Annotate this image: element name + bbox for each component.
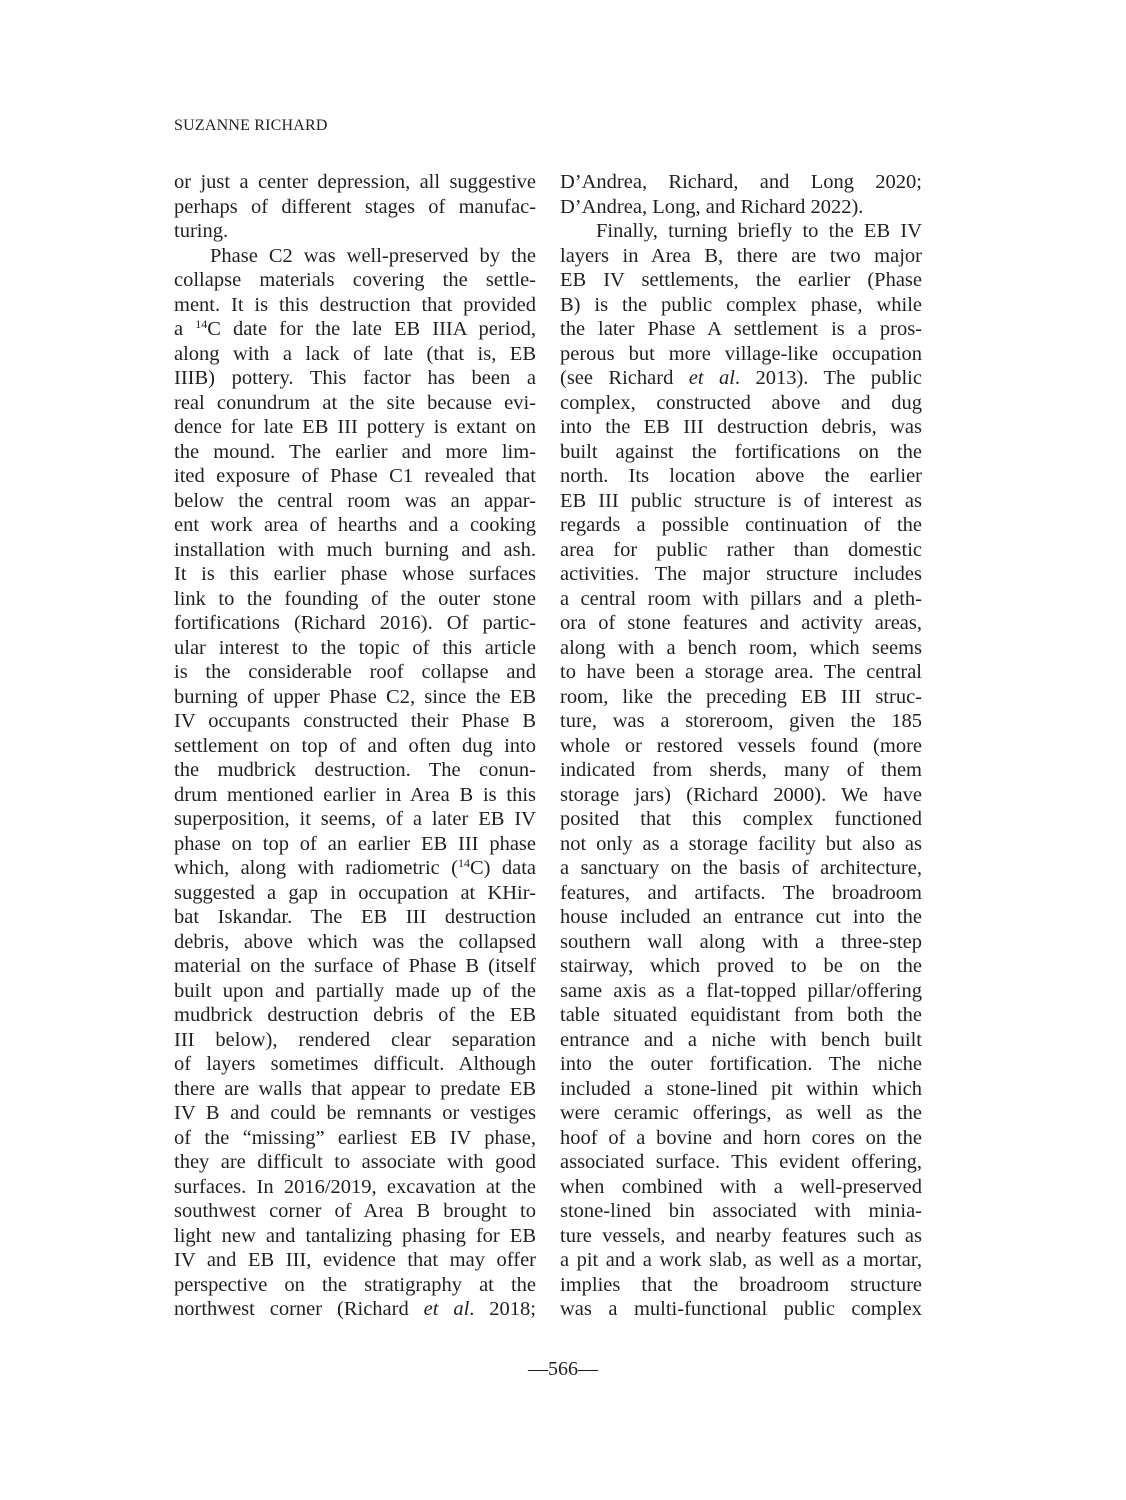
text-line: drum mentioned earlier in Area B is this (174, 783, 536, 808)
text-fragment: which, along with radiometric ( (174, 857, 458, 879)
text-line: indicated from sherds, many of them (560, 758, 922, 783)
text-line: phase on top of an earlier EB III phase (174, 832, 536, 857)
text-line: stairway, which proved to be on the (560, 954, 922, 979)
text-line: activities. The major structure includes (560, 562, 922, 587)
text-line: perous but more village-like occupation (560, 342, 922, 367)
text-line: perhaps of different stages of manufac- (174, 195, 536, 220)
text-fragment: C) data (470, 857, 536, 879)
text-line: ture vessels, and nearby features such a… (560, 1224, 922, 1249)
text-line: turing. (174, 219, 536, 244)
text-line: or just a center depression, all suggest… (174, 170, 536, 195)
text-line: debris, above which was the collapsed (174, 930, 536, 955)
text-line: the later Phase A settlement is a pros- (560, 317, 922, 342)
text-line: room, like the preceding EB III struc- (560, 685, 922, 710)
text-line: mudbrick destruction debris of the EB (174, 1003, 536, 1028)
text-line: there are walls that appear to predate E… (174, 1077, 536, 1102)
text-line: southern wall along with a three-step (560, 930, 922, 955)
text-line: table situated equidistant from both the (560, 1003, 922, 1028)
text-line: posited that this complex functioned (560, 807, 922, 832)
text-line: suggested a gap in occupation at KHir- (174, 881, 536, 906)
text-line: Phase C2 was well-preserved by the (174, 244, 536, 269)
text-line: implies that the broadroom structure (560, 1273, 922, 1298)
text-line: of the “missing” earliest EB IV phase, (174, 1126, 536, 1151)
superscript-isotope-number: 14 (458, 856, 470, 870)
text-line: D’Andrea, Richard, and Long 2020; (560, 170, 922, 195)
text-line: IV and EB III, evidence that may offer (174, 1248, 536, 1273)
text-line: a pit and a work slab, as well as a mort… (560, 1248, 922, 1273)
text-line: EB IV settlements, the earlier (Phase (560, 268, 922, 293)
text-line: ora of stone features and activity areas… (560, 611, 922, 636)
text-line: dence for late EB III pottery is extant … (174, 415, 536, 440)
text-line: built against the fortifications on the (560, 440, 922, 465)
text-line: they are difficult to associate with goo… (174, 1150, 536, 1175)
text-line: IV occupants constructed their Phase B (174, 709, 536, 734)
text-line: the mudbrick destruction. The conun- (174, 758, 536, 783)
text-line: into the outer fortification. The niche (560, 1052, 922, 1077)
text-line: a 14C date for the late EB IIIA period, (174, 317, 536, 342)
text-line: bat Iskandar. The EB III destruction (174, 905, 536, 930)
page-number: —566— (0, 1357, 1126, 1381)
text-line: a sanctuary on the basis of architecture… (560, 856, 922, 881)
text-fragment: northwest corner (Richard (174, 1298, 424, 1320)
text-line: ular interest to the topic of this artic… (174, 636, 536, 661)
text-line: (see Richard et al. 2013). The public (560, 366, 922, 391)
running-head-author: SUZANNE RICHARD (174, 116, 328, 136)
text-line: house included an entrance cut into the (560, 905, 922, 930)
text-line: stone-lined bin associated with minia- (560, 1199, 922, 1224)
text-line: ment. It is this destruction that provid… (174, 293, 536, 318)
text-line: hoof of a bovine and horn cores on the (560, 1126, 922, 1151)
text-line: storage jars) (Richard 2000). We have (560, 783, 922, 808)
text-line: ture, was a storeroom, given the 185 (560, 709, 922, 734)
text-fragment: . 2018; (469, 1298, 536, 1320)
text-fragment: . 2013). The public (735, 367, 922, 389)
text-fragment: (see Richard (560, 367, 689, 389)
text-line: to have been a storage area. The central (560, 660, 922, 685)
text-line: It is this earlier phase whose surfaces (174, 562, 536, 587)
text-line: collapse materials covering the settle- (174, 268, 536, 293)
text-line: Finally, turning briefly to the EB IV (560, 219, 922, 244)
text-fragment: C date for the late EB IIIA period, (207, 318, 536, 340)
text-line: superposition, it seems, of a later EB I… (174, 807, 536, 832)
text-line: features, and artifacts. The broadroom (560, 881, 922, 906)
text-line: material on the surface of Phase B (itse… (174, 954, 536, 979)
superscript-isotope-number: 14 (195, 317, 207, 331)
text-line: when combined with a well-preserved (560, 1175, 922, 1200)
text-line: included a stone-lined pit within which (560, 1077, 922, 1102)
italic-citation: et al (424, 1298, 470, 1320)
text-line: below the central room was an appar- (174, 489, 536, 514)
text-line: settlement on top of and often dug into (174, 734, 536, 759)
text-line: same axis as a flat-topped pillar/offeri… (560, 979, 922, 1004)
text-line: along with a lack of late (that is, EB (174, 342, 536, 367)
text-line: associated surface. This evident offerin… (560, 1150, 922, 1175)
text-line: III below), rendered clear separation (174, 1028, 536, 1053)
left-text-column: or just a center depression, all suggest… (174, 170, 536, 1322)
text-line: northwest corner (Richard et al. 2018; (174, 1297, 536, 1322)
text-line: EB III public structure is of interest a… (560, 489, 922, 514)
text-line: fortifications (Richard 2016). Of partic… (174, 611, 536, 636)
text-line: were ceramic offerings, as well as the (560, 1101, 922, 1126)
text-fragment: a (174, 318, 195, 340)
text-line: along with a bench room, which seems (560, 636, 922, 661)
text-line: installation with much burning and ash. (174, 538, 536, 563)
text-line: not only as a storage facility but also … (560, 832, 922, 857)
text-line: built upon and partially made up of the (174, 979, 536, 1004)
text-line: entrance and a niche with bench built (560, 1028, 922, 1053)
text-line: was a multi-functional public complex (560, 1297, 922, 1322)
text-line: into the EB III destruction debris, was (560, 415, 922, 440)
text-line: surfaces. In 2016/2019, excavation at th… (174, 1175, 536, 1200)
right-text-column: D’Andrea, Richard, and Long 2020;D’Andre… (560, 170, 922, 1322)
text-line: southwest corner of Area B brought to (174, 1199, 536, 1224)
text-line: is the considerable roof collapse and (174, 660, 536, 685)
italic-citation: et al (689, 367, 735, 389)
text-line: ent work area of hearths and a cooking (174, 513, 536, 538)
text-line: regards a possible continuation of the (560, 513, 922, 538)
text-line: perspective on the stratigraphy at the (174, 1273, 536, 1298)
text-line: north. Its location above the earlier (560, 464, 922, 489)
text-line: real conundrum at the site because evi- (174, 391, 536, 416)
text-line: D’Andrea, Long, and Richard 2022). (560, 195, 922, 220)
text-line: whole or restored vessels found (more (560, 734, 922, 759)
text-line: which, along with radiometric (14C) data (174, 856, 536, 881)
text-line: layers in Area B, there are two major (560, 244, 922, 269)
text-line: complex, constructed above and dug (560, 391, 922, 416)
text-line: ited exposure of Phase C1 revealed that (174, 464, 536, 489)
text-line: link to the founding of the outer stone (174, 587, 536, 612)
text-line: B) is the public complex phase, while (560, 293, 922, 318)
text-line: IIIB) pottery. This factor has been a (174, 366, 536, 391)
text-line: of layers sometimes difficult. Although (174, 1052, 536, 1077)
text-line: burning of upper Phase C2, since the EB (174, 685, 536, 710)
text-line: area for public rather than domestic (560, 538, 922, 563)
text-line: the mound. The earlier and more lim- (174, 440, 536, 465)
text-line: light new and tantalizing phasing for EB (174, 1224, 536, 1249)
text-line: a central room with pillars and a pleth- (560, 587, 922, 612)
text-line: IV B and could be remnants or vestiges (174, 1101, 536, 1126)
